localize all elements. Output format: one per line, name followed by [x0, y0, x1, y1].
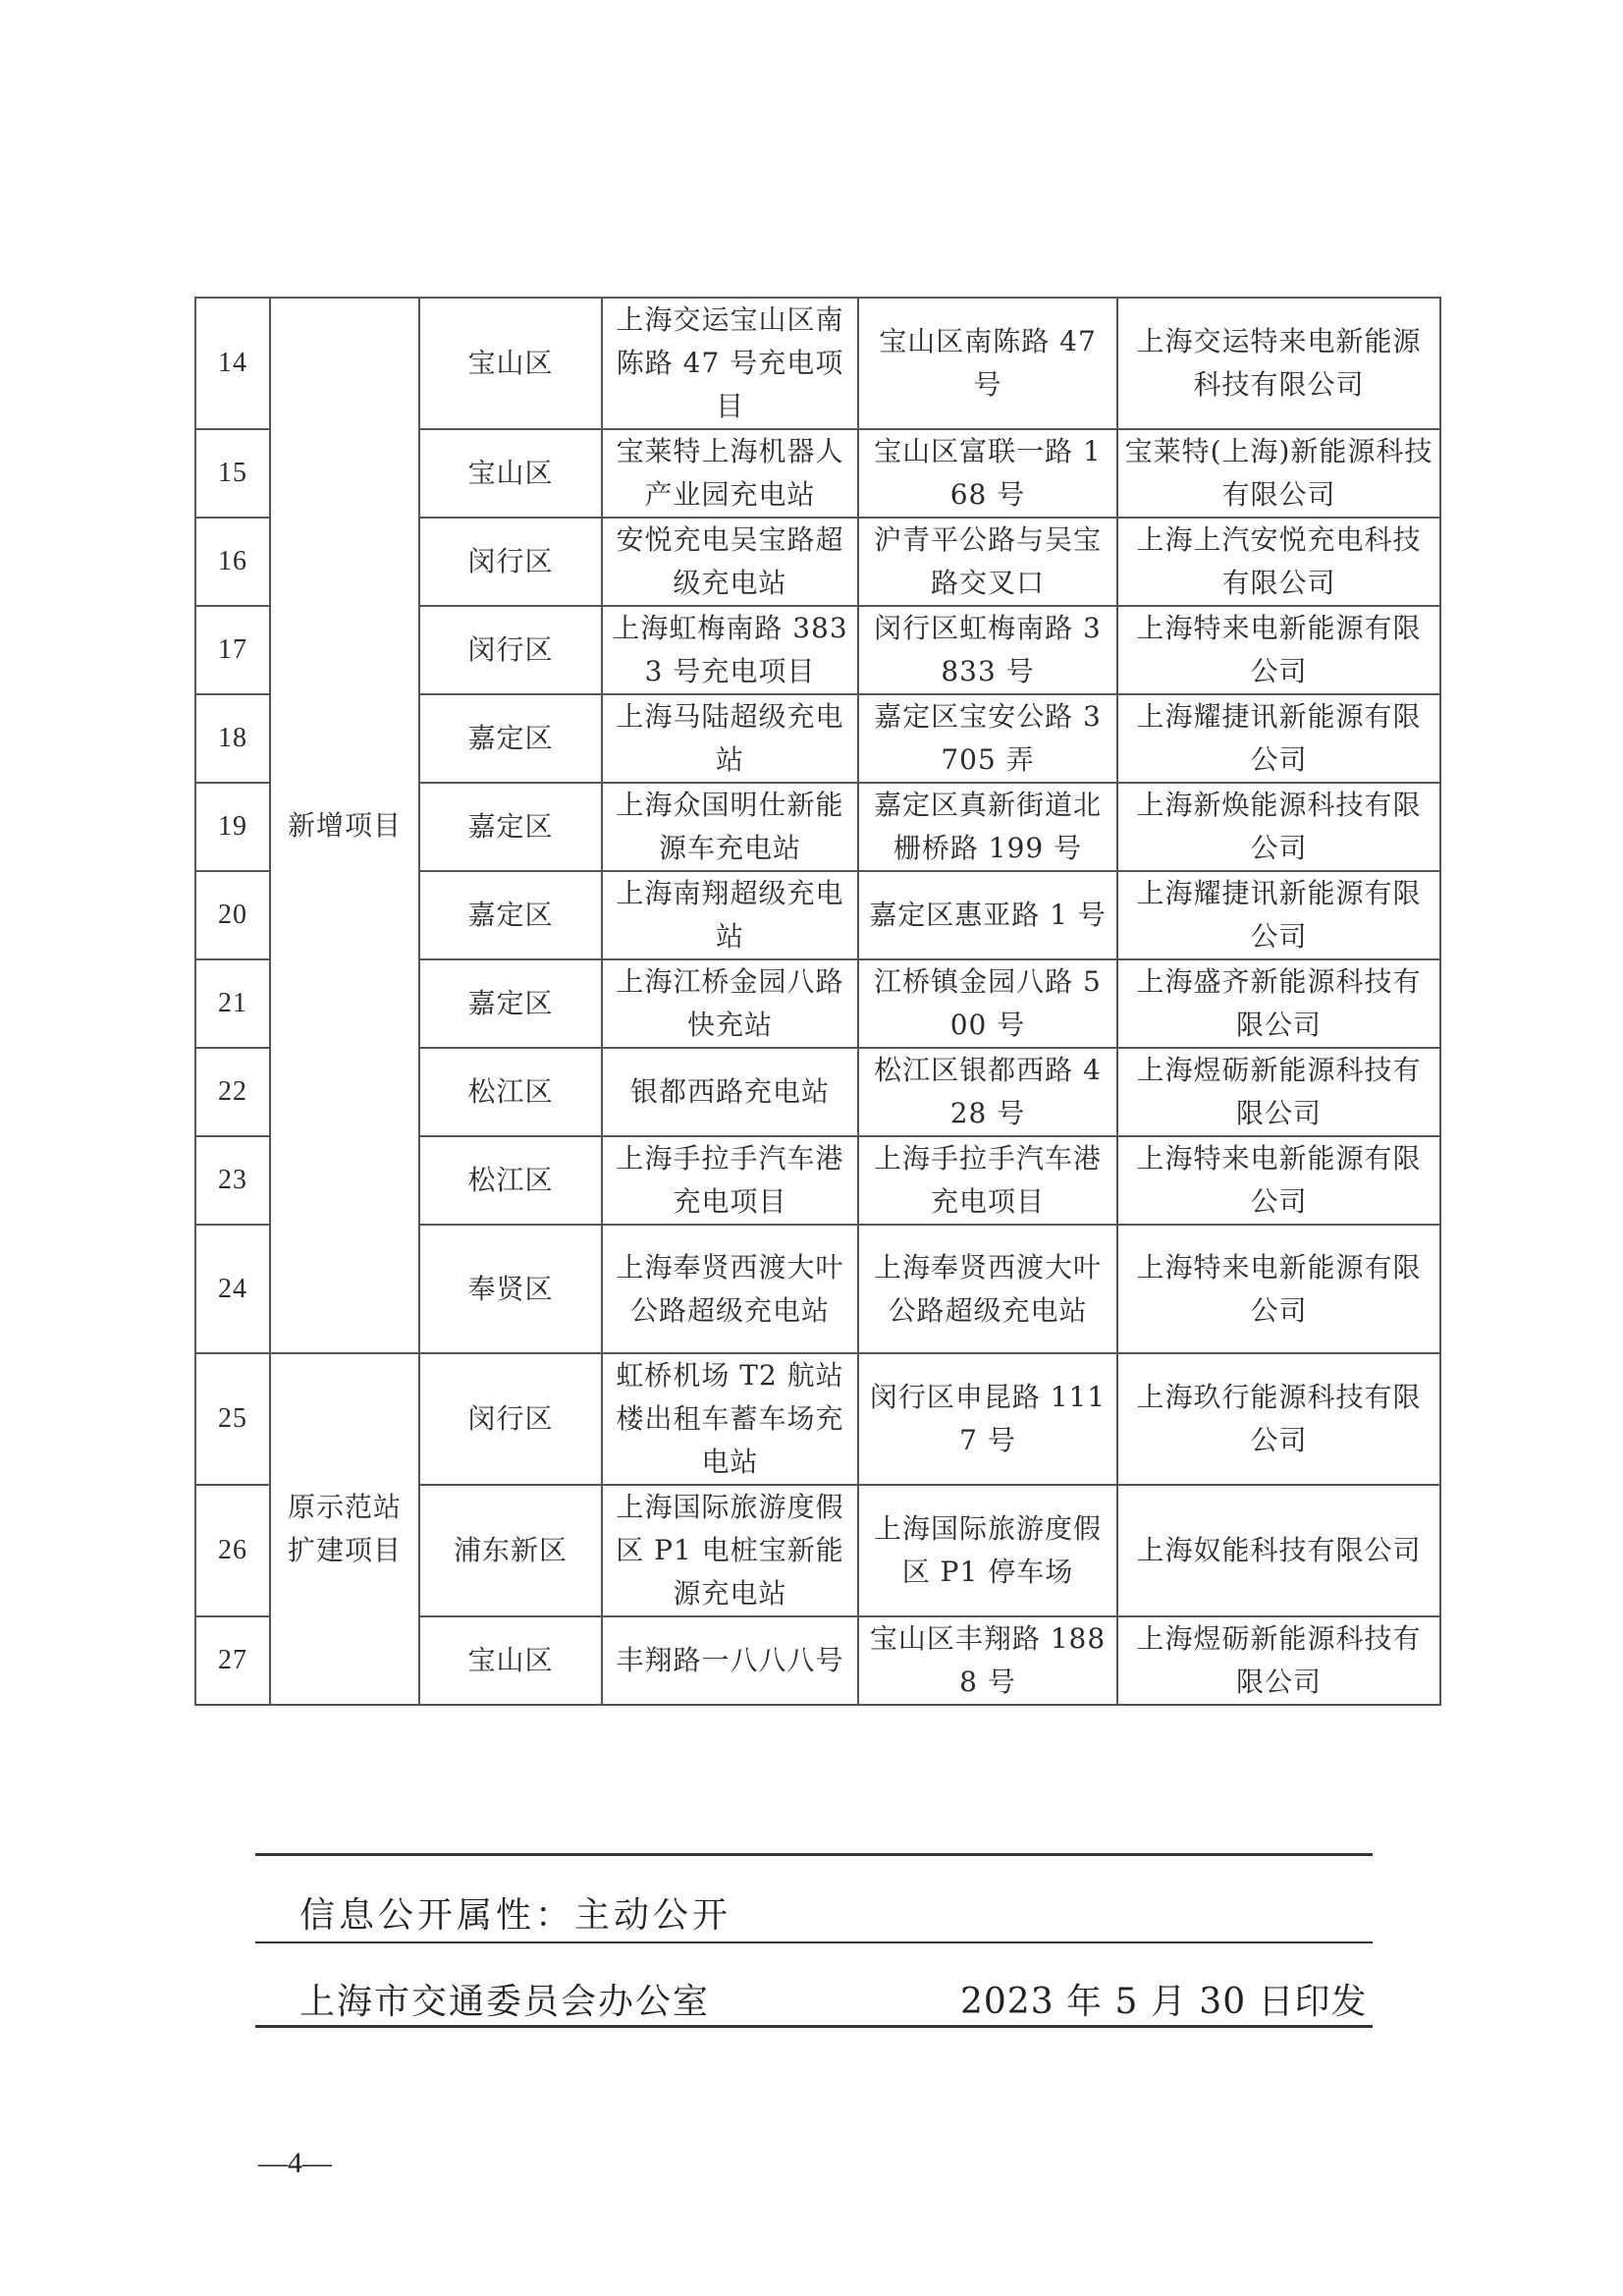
operator-company: 上海新焕能源科技有限公司 [1117, 783, 1440, 871]
footer-top-rule [255, 1853, 1373, 1856]
footer-bottom-rule [255, 2025, 1373, 2028]
operator-company: 宝莱特(上海)新能源科技有限公司 [1117, 429, 1440, 518]
row-number: 25 [195, 1353, 270, 1485]
station-address: 江桥镇金园八路 500 号 [858, 959, 1117, 1048]
station-name: 上海手拉手汽车港充电项目 [602, 1136, 858, 1225]
operator-company: 上海上汽安悦充电科技有限公司 [1117, 518, 1440, 606]
row-number: 20 [195, 871, 270, 959]
station-name: 上海虹梅南路 3833 号充电项目 [602, 606, 858, 694]
operator-company: 上海耀捷讯新能源有限公司 [1117, 694, 1440, 783]
row-number: 27 [195, 1616, 270, 1705]
row-number: 19 [195, 783, 270, 871]
table-row: 25原示范站扩建项目闵行区虹桥机场 T2 航站楼出租车蓄车场充电站闵行区申昆路 … [195, 1353, 1440, 1485]
station-table: 14新增项目宝山区上海交运宝山区南陈路 47 号充电项目宝山区南陈路 47 号上… [194, 297, 1441, 1706]
district: 浦东新区 [419, 1485, 602, 1616]
row-number: 21 [195, 959, 270, 1048]
row-number: 15 [195, 429, 270, 518]
project-category: 原示范站扩建项目 [270, 1353, 419, 1705]
station-address: 宝山区南陈路 47 号 [858, 298, 1117, 429]
disclosure-attribute: 信息公开属性：主动公开 [299, 1887, 731, 1938]
station-address: 宝山区丰翔路 1888 号 [858, 1616, 1117, 1705]
row-number: 17 [195, 606, 270, 694]
station-name: 上海马陆超级充电站 [602, 694, 858, 783]
station-address: 上海国际旅游度假区 P1 停车场 [858, 1485, 1117, 1616]
district: 松江区 [419, 1048, 602, 1136]
row-number: 16 [195, 518, 270, 606]
district: 嘉定区 [419, 783, 602, 871]
operator-company: 上海奴能科技有限公司 [1117, 1485, 1440, 1616]
station-name: 银都西路充电站 [602, 1048, 858, 1136]
station-name: 上海国际旅游度假区 P1 电桩宝新能源充电站 [602, 1485, 858, 1616]
district: 宝山区 [419, 298, 602, 429]
station-name: 安悦充电吴宝路超级充电站 [602, 518, 858, 606]
row-number: 26 [195, 1485, 270, 1616]
station-name: 上海奉贤西渡大叶公路超级充电站 [602, 1225, 858, 1353]
station-address: 嘉定区宝安公路 3705 弄 [858, 694, 1117, 783]
station-name: 宝莱特上海机器人产业园充电站 [602, 429, 858, 518]
row-number: 18 [195, 694, 270, 783]
operator-company: 上海耀捷讯新能源有限公司 [1117, 871, 1440, 959]
district: 闵行区 [419, 518, 602, 606]
station-name: 上海众国明仕新能源车充电站 [602, 783, 858, 871]
operator-company: 上海煜砺新能源科技有限公司 [1117, 1616, 1440, 1705]
district: 嘉定区 [419, 959, 602, 1048]
station-name: 丰翔路一八八八号 [602, 1616, 858, 1705]
station-address: 上海奉贤西渡大叶公路超级充电站 [858, 1225, 1117, 1353]
district: 嘉定区 [419, 694, 602, 783]
station-address: 嘉定区真新街道北栅桥路 199 号 [858, 783, 1117, 871]
station-address: 上海手拉手汽车港充电项目 [858, 1136, 1117, 1225]
operator-company: 上海盛齐新能源科技有限公司 [1117, 959, 1440, 1048]
station-address: 宝山区富联一路 168 号 [858, 429, 1117, 518]
table-row: 14新增项目宝山区上海交运宝山区南陈路 47 号充电项目宝山区南陈路 47 号上… [195, 298, 1440, 429]
project-category: 新增项目 [270, 298, 419, 1353]
station-name: 上海交运宝山区南陈路 47 号充电项目 [602, 298, 858, 429]
issuing-office: 上海市交通委员会办公室 [299, 1974, 710, 2024]
station-address: 嘉定区惠亚路 1 号 [858, 871, 1117, 959]
station-name: 虹桥机场 T2 航站楼出租车蓄车场充电站 [602, 1353, 858, 1485]
row-number: 24 [195, 1225, 270, 1353]
district: 奉贤区 [419, 1225, 602, 1353]
page-number: —4— [258, 2147, 332, 2180]
operator-company: 上海煜砺新能源科技有限公司 [1117, 1048, 1440, 1136]
row-number: 14 [195, 298, 270, 429]
operator-company: 上海特来电新能源有限公司 [1117, 1136, 1440, 1225]
station-name: 上海江桥金园八路快充站 [602, 959, 858, 1048]
station-address: 闵行区申昆路 1117 号 [858, 1353, 1117, 1485]
district: 闵行区 [419, 1353, 602, 1485]
operator-company: 上海交运特来电新能源科技有限公司 [1117, 298, 1440, 429]
district: 嘉定区 [419, 871, 602, 959]
station-address: 沪青平公路与吴宝路交叉口 [858, 518, 1117, 606]
issue-date: 2023 年 5 月 30 日印发 [960, 1974, 1368, 2024]
district: 宝山区 [419, 429, 602, 518]
station-address: 闵行区虹梅南路 3833 号 [858, 606, 1117, 694]
district: 宝山区 [419, 1616, 602, 1705]
row-number: 22 [195, 1048, 270, 1136]
station-name: 上海南翔超级充电站 [602, 871, 858, 959]
operator-company: 上海特来电新能源有限公司 [1117, 1225, 1440, 1353]
operator-company: 上海玖行能源科技有限公司 [1117, 1353, 1440, 1485]
footer-middle-rule [255, 1941, 1373, 1943]
station-address: 松江区银都西路 428 号 [858, 1048, 1117, 1136]
district: 松江区 [419, 1136, 602, 1225]
row-number: 23 [195, 1136, 270, 1225]
station-table-body: 14新增项目宝山区上海交运宝山区南陈路 47 号充电项目宝山区南陈路 47 号上… [195, 298, 1440, 1705]
district: 闵行区 [419, 606, 602, 694]
operator-company: 上海特来电新能源有限公司 [1117, 606, 1440, 694]
